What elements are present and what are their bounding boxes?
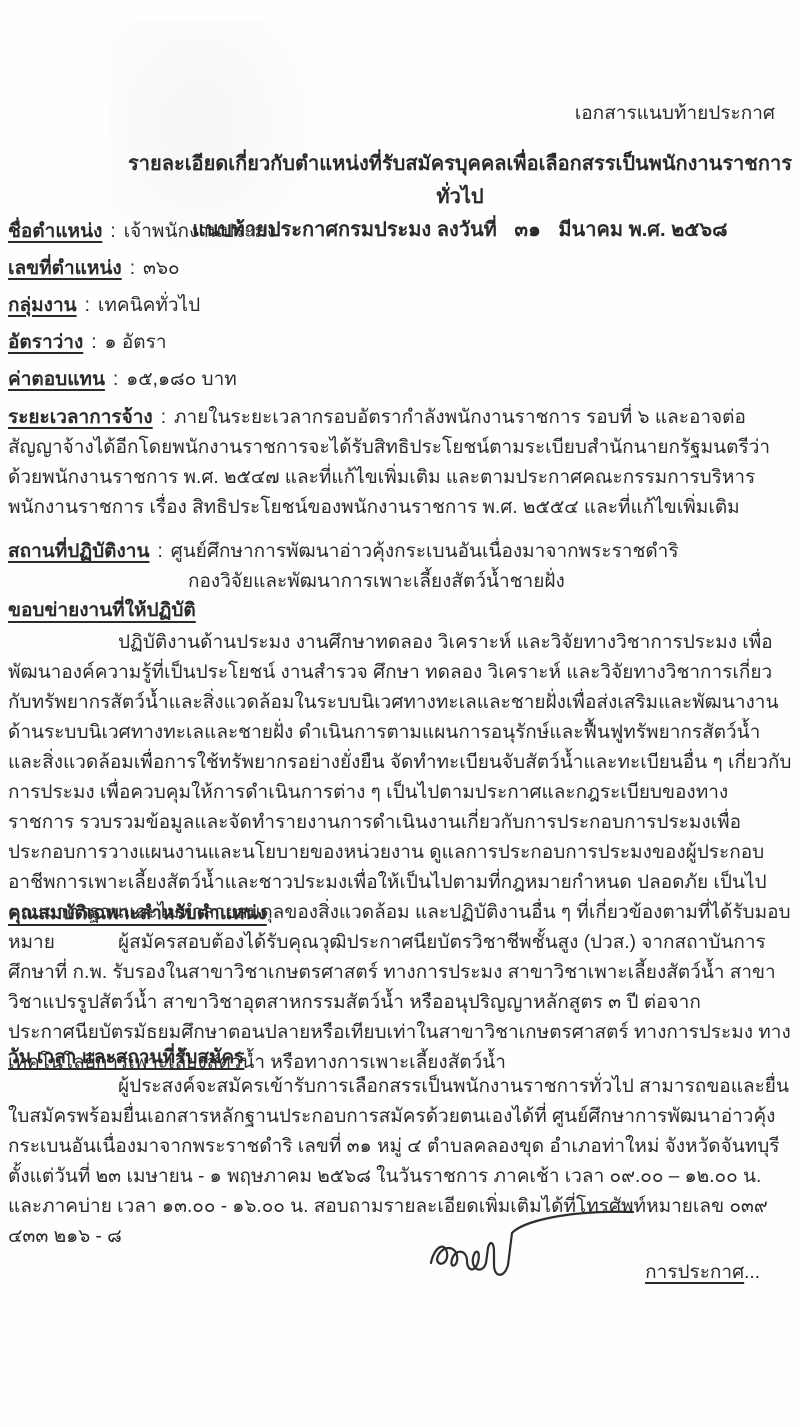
field-salary: ค่าตอบแทน:๑๕,๑๘๐ บาท [8,364,792,401]
signature-scribble-icon [425,1203,640,1298]
field-label: ชื่อตำแหน่ง [8,221,102,242]
employment-period-paragraph: ระยะเวลาการจ้าง:ภายในระยะเวลากรอบอัตรากำ… [8,403,792,523]
workplace-paragraph: สถานที่ปฏิบัติงาน:ศูนย์ศึกษาการพัฒนาอ่าว… [8,537,792,597]
field-label: อัตราว่าง [8,332,83,353]
colon: : [85,295,90,316]
application-heading: วัน เวลา และสถานที่รับสมัคร [8,1042,244,1072]
colon: : [130,258,135,279]
colon: : [157,541,162,562]
title-line-1: รายละเอียดเกี่ยวกับตำแหน่งที่รับสมัครบุค… [120,148,800,214]
field-label: เลขที่ตำแหน่ง [8,258,122,279]
continuation-label: การประกาศ [645,1262,744,1283]
continuation-dots: ... [744,1262,760,1283]
field-value: ๓๖๐ [143,258,180,279]
continuation-note: การประกาศ... [645,1257,760,1287]
application-paragraph: ผู้ประสงค์จะสมัครเข้ารับการเลือกสรรเป็นพ… [8,1072,792,1252]
workplace-line-1: สถานที่ปฏิบัติงาน:ศูนย์ศึกษาการพัฒนาอ่าว… [8,537,792,567]
colon: : [110,221,115,242]
colon: : [161,407,166,428]
field-value: เทคนิคทั่วไป [98,295,200,316]
document-page: เอกสารแนบท้ายประกาศ รายละเอียดเกี่ยวกับต… [0,0,800,1427]
workplace-value-1: ศูนย์ศึกษาการพัฒนาอ่าวคุ้งกระเบนอันเนื่อ… [171,541,679,562]
field-value: ๑ อัตรา [105,332,167,353]
field-label: กลุ่มงาน [8,295,77,316]
field-position-name: ชื่อตำแหน่ง:เจ้าพนักงานประมง [8,216,792,253]
corner-label: เอกสารแนบท้ายประกาศ [575,98,775,128]
qualifications-heading: คุณสมบัติเฉพาะสำหรับตำแหน่ง [8,898,267,928]
field-label: ค่าตอบแทน [8,369,105,390]
field-value: เจ้าพนักงานประมง [124,221,277,242]
position-fields: ชื่อตำแหน่ง:เจ้าพนักงานประมง เลขที่ตำแหน… [8,216,792,401]
colon: : [113,369,118,390]
field-work-group: กลุ่มงาน:เทคนิคทั่วไป [8,290,792,327]
field-vacancy: อัตราว่าง:๑ อัตรา [8,327,792,364]
colon: : [91,332,96,353]
employment-period-label: ระยะเวลาการจ้าง [8,407,153,428]
workplace-value-2: กองวิจัยและพัฒนาการเพาะเลี้ยงสัตว์น้ำชาย… [8,567,792,597]
scope-heading: ขอบข่ายงานที่ให้ปฏิบัติ [8,595,196,625]
workplace-label: สถานที่ปฏิบัติงาน [8,541,149,562]
field-value: ๑๕,๑๘๐ บาท [126,369,237,390]
field-position-number: เลขที่ตำแหน่ง:๓๖๐ [8,253,792,290]
